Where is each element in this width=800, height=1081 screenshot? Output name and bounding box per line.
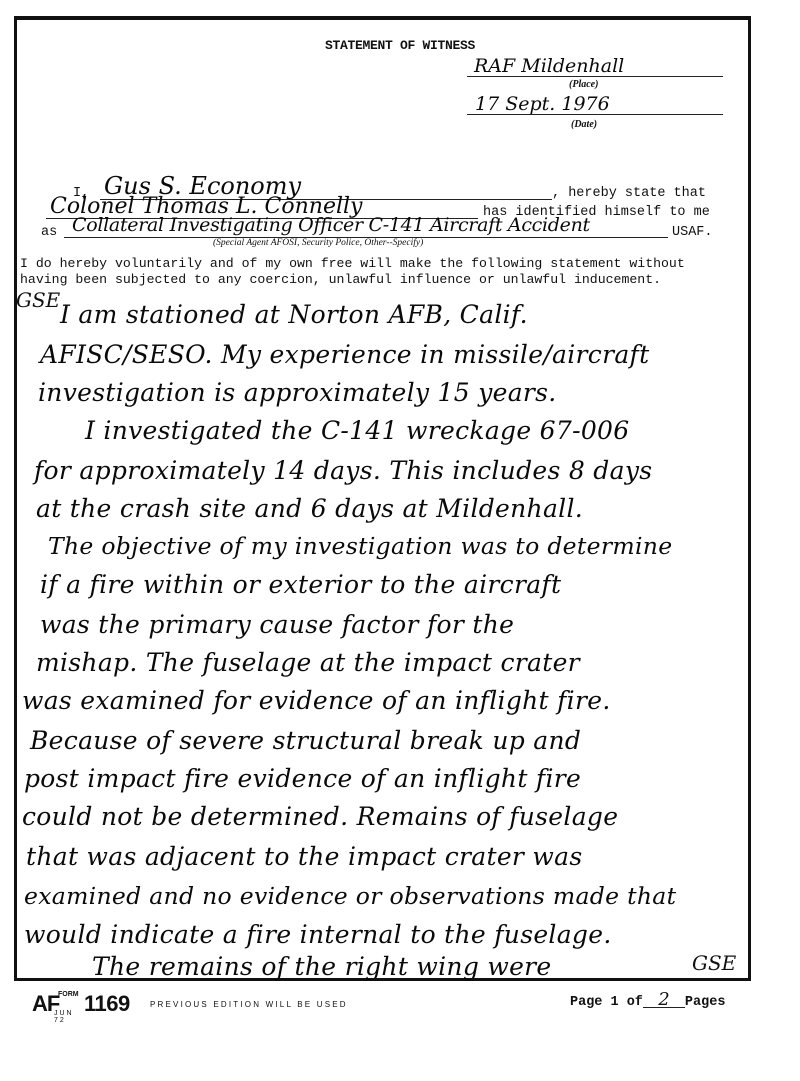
statement-line: I investigated the C-141 wreckage 67-006 bbox=[85, 416, 629, 445]
page-label-prefix: Page 1 of bbox=[570, 995, 643, 1010]
statement-line: would indicate a fire internal to the fu… bbox=[24, 920, 612, 949]
statement-line: I am stationed at Norton AFB, Calif. bbox=[60, 300, 528, 329]
statement-line: mishap. The fuselage at the impact crate… bbox=[36, 648, 580, 677]
statement-line: could not be determined. Remains of fuse… bbox=[22, 802, 618, 831]
form-title: STATEMENT OF WITNESS bbox=[0, 38, 800, 53]
statement-line: The remains of the right wing were bbox=[92, 952, 552, 981]
statement-line: if a fire within or exterior to the airc… bbox=[40, 570, 561, 599]
statement-line: at the crash site and 6 days at Mildenha… bbox=[36, 494, 583, 523]
declaration-line-2: having been subjected to any coercion, u… bbox=[20, 272, 661, 287]
date-value: 17 Sept. 1976 bbox=[475, 93, 610, 115]
statement-line: Because of severe structural break up an… bbox=[30, 726, 581, 755]
official-role-value[interactable]: Collateral Investigating Officer C-141 A… bbox=[72, 214, 590, 236]
end-initials: GSE bbox=[692, 951, 736, 975]
statement-line: post impact fire evidence of an inflight… bbox=[24, 764, 581, 793]
statement-line: for approximately 14 days. This includes… bbox=[34, 456, 652, 485]
edition-note: PREVIOUS EDITION WILL BE USED bbox=[150, 1000, 348, 1009]
statement-line: AFISC/SESO. My experience in missile/air… bbox=[40, 340, 649, 369]
date-label: (Date) bbox=[571, 119, 597, 130]
form-number-block: AF FORM JUN 72 1169 bbox=[32, 991, 59, 1017]
role-hint: (Special Agent AFOSI, Security Police, O… bbox=[213, 238, 423, 248]
statement-line: The objective of my investigation was to… bbox=[48, 532, 672, 560]
statement-line: was examined for evidence of an inflight… bbox=[22, 686, 611, 715]
form-word: FORM bbox=[58, 991, 79, 998]
declaration-line-1: I do hereby voluntarily and of my own fr… bbox=[20, 256, 685, 271]
statement-line: was the primary cause factor for the bbox=[40, 610, 514, 639]
page-label-suffix: Pages bbox=[685, 995, 726, 1010]
place-label: (Place) bbox=[569, 79, 598, 90]
prefix-as: as bbox=[41, 225, 57, 240]
hereby-state-text: , hereby state that bbox=[552, 186, 706, 201]
form-number: 1169 bbox=[84, 991, 130, 1017]
margin-initials: GSE bbox=[16, 288, 60, 312]
usaf-text: USAF. bbox=[672, 225, 713, 240]
statement-line: that was adjacent to the impact crater w… bbox=[26, 842, 582, 871]
page-total: 2 bbox=[643, 993, 685, 1008]
page-count: Page 1 of2Pages bbox=[570, 993, 725, 1010]
place-value: RAF Mildenhall bbox=[474, 55, 624, 77]
statement-line: investigation is approximately 15 years. bbox=[38, 378, 557, 407]
form-date: JUN 72 bbox=[54, 1010, 74, 1024]
statement-line: examined and no evidence or observations… bbox=[24, 882, 676, 910]
